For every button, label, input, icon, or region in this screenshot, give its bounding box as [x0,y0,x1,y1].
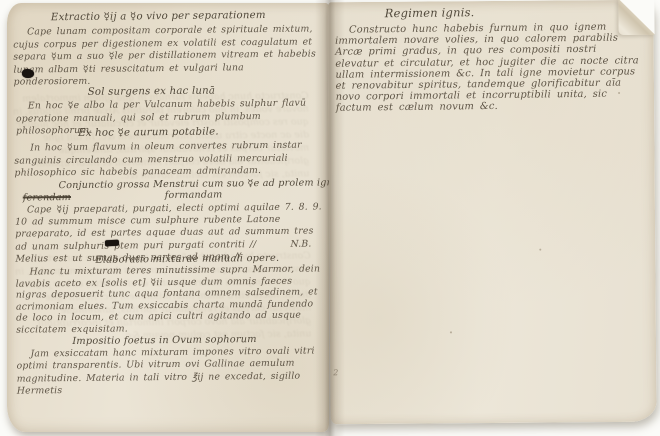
para-impositio: Jam exsiccatam hanc mixturam impones vit… [16,345,329,398]
left-page-writing: Extractio ☿ij a ☿o vivo per separationem… [5,1,331,433]
paper-speck [618,92,620,94]
ink-blot [22,69,34,78]
heading-conjunctio-formandam: formandam [165,189,223,201]
para-regimen-ignis: Constructo hunc habebis furnum in quo ig… [335,21,644,114]
para-aurum-potabile: In hoc ☿um flavum in oleum convertes rub… [14,139,324,180]
para-elaboratio: Hanc tu mixturam teres minutissime supra… [16,263,329,336]
para-conjunctio-text: Cape ☿ij praeparati, purgati, electi opt… [15,201,322,252]
right-page: Regimen ignis. Constructo hunc habebis f… [327,0,656,424]
heading-aurum-potabile: Ex hoc ☿e aurum potabile. [78,126,219,138]
struck-word-ferendam: ferendam [23,192,71,204]
heading-regimen-ignis: Regimen ignis. [385,5,475,20]
manuscript-photo: Constructo hunc habebis furnum in quo ig… [0,0,660,436]
heading-sol-surgens: Sol surgens ex hac lunā [88,85,216,97]
paper-speck [450,331,452,333]
right-page-writing: Regimen ignis. Constructo hunc habebis f… [327,0,658,425]
paper-speck [539,249,541,251]
heading-extractio: Extractio ☿ij a ☿o vivo per separationem [51,10,266,23]
heading-impositio: Impositio foetus in Ovum sophorum [72,334,257,347]
gutter-mark: 2 [333,368,338,377]
dog-ear-fold [618,0,654,35]
left-page: Constructo hunc habebis furnum in quo ig… [7,3,329,432]
para-extractio: Cape lunam compositam corporale et spiri… [13,23,324,89]
redaction-mark [105,240,119,247]
